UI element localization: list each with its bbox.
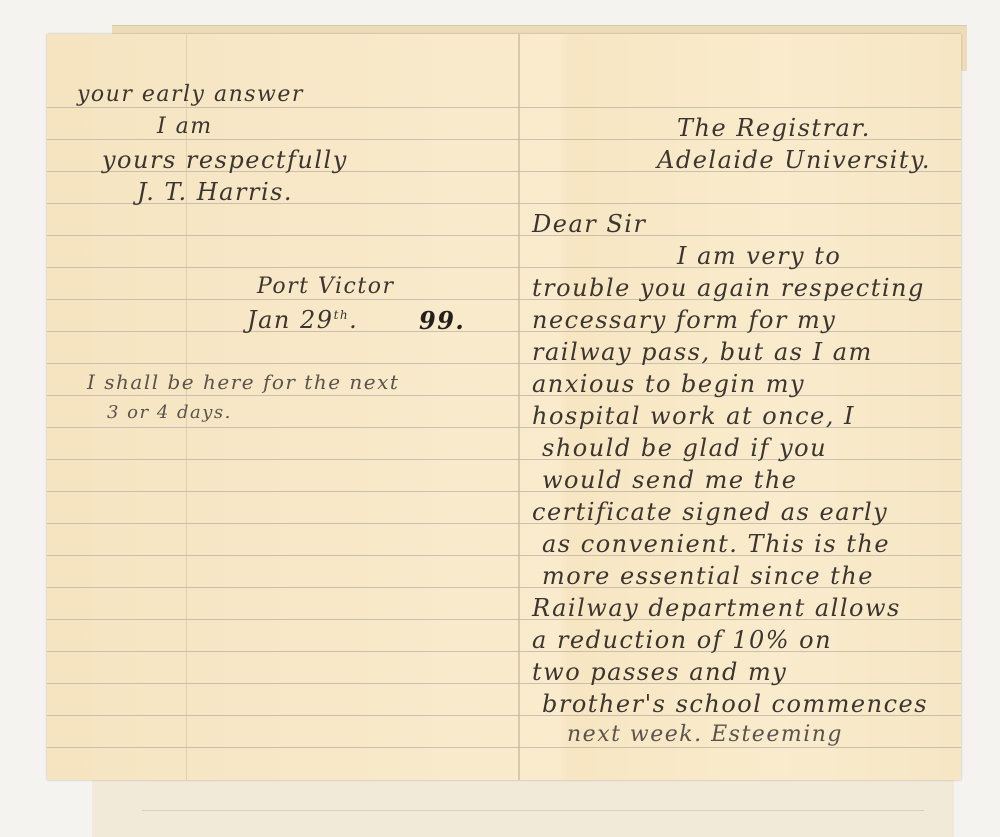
rule-line — [142, 810, 924, 811]
body-line: would send me the — [542, 466, 797, 494]
rule-line — [47, 107, 961, 108]
signature: J. T. Harris. — [137, 178, 293, 206]
letter-sheet: your early answer I am yours respectfull… — [47, 34, 961, 780]
date-day: Jan 29 — [247, 306, 334, 334]
body-line: as convenient. This is the — [542, 530, 890, 558]
body-line: next week. Esteeming — [567, 722, 843, 747]
body-line: railway pass, but as I am — [532, 338, 873, 366]
body-line: a reduction of 10% on — [532, 626, 832, 654]
date-suffix: th — [334, 308, 350, 322]
body-line: more essential since the — [542, 562, 874, 590]
date-year: 99. — [419, 306, 465, 335]
body-line: trouble you again respecting — [532, 274, 925, 302]
closing-line: yours respectfully — [102, 146, 348, 174]
rule-line — [47, 395, 961, 396]
closing-line: I am — [157, 114, 213, 139]
body-line: should be glad if you — [542, 434, 827, 462]
body-line: hospital work at once, I — [532, 402, 855, 430]
postscript-line: 3 or 4 days. — [107, 402, 232, 423]
body-line: Railway department allows — [532, 594, 901, 622]
place-name: Port Victor — [257, 274, 394, 299]
body-line: brother's school commences — [542, 690, 928, 718]
addressee-line: Adelaide University. — [657, 146, 931, 174]
closing-line: your early answer — [77, 82, 304, 107]
date: Jan 29th. — [247, 306, 358, 334]
rule-line — [47, 235, 961, 236]
postscript-line: I shall be here for the next — [87, 370, 399, 394]
underlying-sheet — [92, 780, 954, 837]
rule-line — [47, 683, 961, 684]
body-line: two passes and my — [532, 658, 787, 686]
salutation: Dear Sir — [532, 210, 646, 238]
body-line: anxious to begin my — [532, 370, 805, 398]
body-line: I am very to — [677, 242, 841, 270]
rule-line — [47, 747, 961, 748]
body-line: necessary form for my — [532, 306, 836, 334]
addressee-line: The Registrar. — [677, 114, 871, 142]
rule-line — [47, 491, 961, 492]
body-line: certificate signed as early — [532, 498, 888, 526]
